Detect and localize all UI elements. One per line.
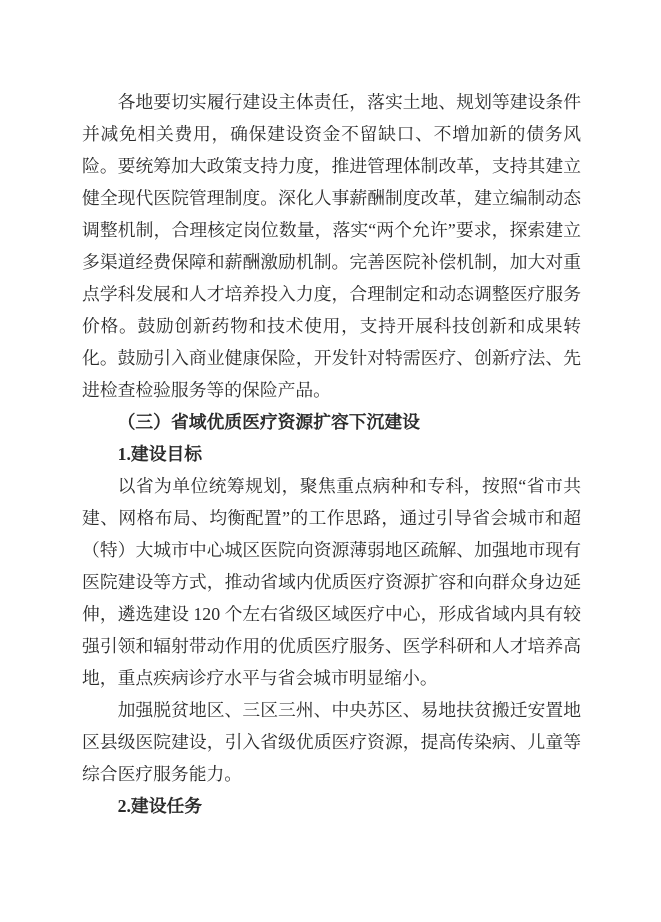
body-paragraph-construction-responsibility: 各地要切实履行建设主体责任，落实土地、规划等建设条件并减免相关费用，确保建设资金…: [82, 86, 581, 406]
subheading-construction-goal: 1.建设目标: [82, 438, 581, 470]
document-page: 各地要切实履行建设主体责任，落实土地、规划等建设条件并减免相关费用，确保建设资金…: [0, 0, 661, 922]
body-paragraph-poverty-areas: 加强脱贫地区、三区三州、中央苏区、易地扶贫搬迁安置地区县级医院建设，引入省级优质…: [82, 694, 581, 790]
subheading-construction-tasks: 2.建设任务: [82, 790, 581, 822]
section-heading-provincial-resources: （三）省域优质医疗资源扩容下沉建设: [82, 406, 581, 438]
body-paragraph-provincial-planning: 以省为单位统筹规划，聚焦重点病种和专科，按照“省市共建、网格布局、均衡配置”的工…: [82, 470, 581, 694]
